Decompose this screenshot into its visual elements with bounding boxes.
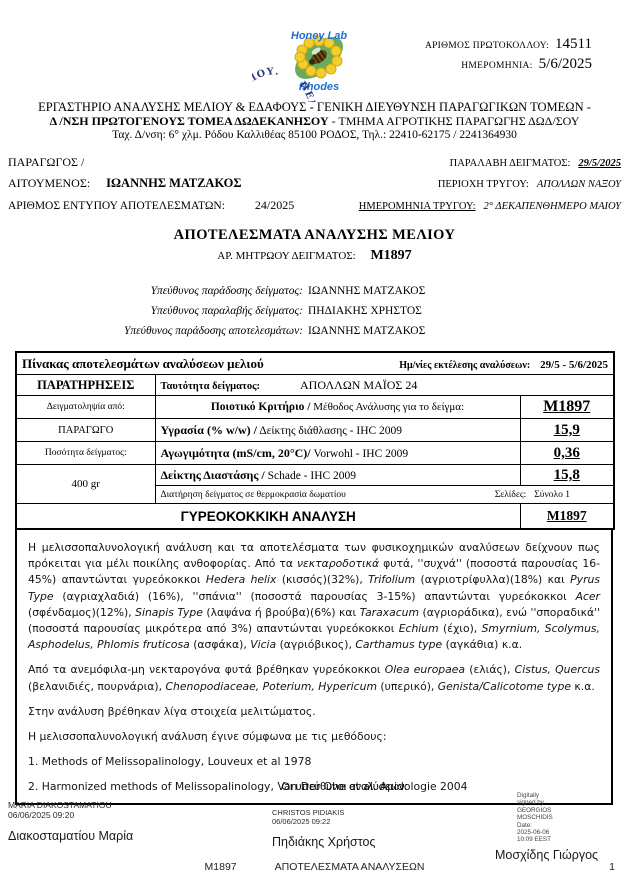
analysis-dates-value: 29/5 - 5/6/2025 (540, 359, 608, 371)
digital-signature-line: 10:09 EEST (517, 836, 598, 843)
method-conductivity: Αγωγιμότητα (mS/cm, 20°C)/ Vorwohl - IHC… (155, 442, 520, 465)
form-label: ΑΡΙΘΜΟΣ ΕΝΤΥΠΟΥ ΑΠΟΤΕΛΕΣΜΑΤΩΝ: (8, 200, 225, 212)
protocol-block: ΑΡΙΘΜΟΣ ΠΡΩΤΟΚΟΛΛΟΥ: 14511 ΗΜΕΡΟΜΗΝΙΑ: 5… (382, 36, 592, 76)
pages-label: Σελίδες: (495, 490, 527, 500)
sample-identity: Ταυτότητα δείγματος: ΑΠΟΛΛΩΝ ΜΑΪΟΣ 24 (161, 378, 609, 393)
table-row: Δειγματοληψία από: Ποιοτικό Κριτήριο / Μ… (16, 396, 614, 419)
protocol-date-value: 5/6/2025 (539, 56, 592, 73)
digital-signature-line: Date: (517, 822, 598, 829)
producer-label-wrap: ΠΑΡΑΓΩΓΟΣ / (8, 155, 84, 170)
responsible-value: ΠΗΔΙΑΚΗΣ ΧΡΗΣΤΟΣ (308, 301, 629, 321)
criterion-bold: Ποιοτικό Κριτήριο / (211, 401, 311, 413)
quantity-label: Ποσότητα δείγματος: (16, 442, 155, 465)
results-section: Πίνακας αποτελεσμάτων αναλύσεων μελιού Η… (15, 351, 613, 805)
pollen-header-row: ΓΥΡΕΟΚΟΚΚΙΚΗ ΑΝΑΛΥΣΗ Μ1897 (16, 504, 614, 530)
storage-note-row: Διατήρηση δείγματος σε θερμοκρασία δωματ… (161, 490, 609, 500)
footer: Μ1897 ΑΠΟΤΕΛΕΣΜΑΤΑ ΑΝΑΛΥΣΕΩΝ (0, 861, 629, 873)
pages-value: Σύνολο 1 (534, 490, 570, 500)
footer-sample-code: Μ1897 (205, 861, 237, 873)
table-title-row: Πίνακας αποτελεσμάτων αναλύσεων μελιού Η… (16, 352, 614, 375)
footer-page-number: 1 (609, 861, 615, 873)
org-line2-bold: Δ /ΝΣΗ ΠΡΩΤΟΓΕΝΟΥΣ ΤΟΜΕΑ ΔΩΔΕΚΑΝΗΣΟΥ (50, 114, 329, 128)
applicant-name: ΙΩΑΝΝΗΣ ΜΑΤΖΑΚΟΣ (106, 176, 241, 191)
receipt-date: 29/5/2025 (578, 158, 621, 169)
diastase-value: 15,8 (520, 465, 614, 486)
page-title: ΑΠΟΤΕΛΕΣΜΑΤΑ ΑΝΑΛΥΣΗΣ ΜΕΛΙΟΥ (0, 227, 629, 244)
signer-block-3: Digitally signed by GEORGIOS MOSCHIDIS D… (517, 792, 598, 862)
protocol-number-value: 14511 (555, 36, 592, 53)
form-number: 24/2025 (255, 198, 294, 213)
footer-title: ΑΠΟΤΕΛΕΣΜΑΤΑ ΑΝΑΛΥΣΕΩΝ (275, 861, 425, 873)
sampling-label: Δειγματοληψία από: (16, 396, 155, 419)
sample-code-cell: Μ1897 (520, 396, 614, 419)
responsible-value: ΙΩΑΝΝΗΣ ΜΑΤΖΑΚΟΣ (308, 321, 629, 341)
harvest-value: 2° ΔΕΚΑΠΕΝΘΗΜΕΡΟ ΜΑΙΟΥ (484, 201, 621, 212)
pollen-analysis-text-box: Η μελισσοπαλυνολογική ανάλυση και τα απο… (15, 530, 613, 805)
analysis-dates: Ημ/νίες εκτέλεσης αναλύσεων: 29/5 - 5/6/… (399, 359, 608, 371)
signer-name: Μοσχίδης Γιώργος (495, 848, 598, 862)
analysis-paragraph: Η μελισσοπαλυνολογική ανάλυση έγινε σύμφ… (28, 729, 600, 745)
sample-registry-value: Μ1897 (370, 248, 411, 263)
observations-header: ΠΑΡΑΤΗΡΗΣΕΙΣ (16, 375, 155, 396)
info-row-1: ΠΑΡΑΓΩΓΟΣ / ΠΑΡΑΛΑΒΗ ΔΕΙΓΜΑΤΟΣ: 29/5/202… (8, 155, 621, 170)
info-row-3: ΑΡΙΘΜΟΣ ΕΝΤΥΠΟΥ ΑΠΟΤΕΛΕΣΜΑΤΩΝ: 24/2025 Η… (8, 198, 621, 213)
responsible-label: Υπεύθυνος παράδοσης δείγματος: (0, 281, 308, 301)
applicant-wrap: ΑΙΤΟΥΜΕΝΟΣ: ΙΩΑΝΝΗΣ ΜΑΤΖΑΚΟΣ (8, 176, 242, 191)
signer-block-1: MARIA DIAKOSTAMATIOU 06/06/2025 09:20 Δι… (8, 800, 133, 843)
analysis-paragraph: Στην ανάλυση βρέθηκαν λίγα στοιχεία μελι… (28, 704, 600, 720)
signature-stamp: MARIA DIAKOSTAMATIOU (8, 800, 133, 810)
lab-logo: Honey Lab Rhodes ΠΕΡΙΦΕΡΕΙΑ ΝΟΤΙΟΥ ΑΙΓΑΙ… (252, 12, 386, 102)
analysis-paragraph: Από τα ανεμόφιλα-μη νεκταρογόνα φυτά βρέ… (28, 662, 600, 694)
logo-honeylab-text: Honey Lab (291, 30, 348, 42)
storage-note: Διατήρηση δείγματος σε θερμοκρασία δωματ… (161, 490, 346, 500)
pollen-analysis-heading: ΓΥΡΕΟΚΟΚΚΙΚΗ ΑΝΑΛΥΣΗ (16, 504, 520, 530)
signature-stamp: CHRISTOS PIDIAKIS (272, 808, 376, 817)
region-value: ΑΠΟΛΛΩΝ ΝΑΞΟΥ (537, 179, 621, 190)
org-line2: Δ /ΝΣΗ ΠΡΩΤΟΓΕΝΟΥΣ ΤΟΜΕΑ ΔΩΔΕΚΑΝΗΣΟΥ - Τ… (0, 114, 629, 129)
analysis-paragraph: Η μελισσοπαλυνολογική ανάλυση και τα απο… (28, 540, 600, 653)
sampling-value: ΠΑΡΑΓΩΓΟ (16, 419, 155, 442)
table-row: 400 gr Δείκτης Διαστάσης / Schade - IHC … (16, 465, 614, 486)
receipt-label: ΠΑΡΑΛΑΒΗ ΔΕΙΓΜΑΤΟΣ: (450, 158, 571, 169)
table-row: Ποσότητα δείγματος: Αγωγιμότητα (mS/cm, … (16, 442, 614, 465)
signer-name: Πηδιάκης Χρήστος (272, 835, 376, 849)
org-line1: ΕΡΓΑΣΤΗΡΙΟ ΑΝΑΛΥΣΗΣ ΜΕΛΙΟΥ & ΕΔΑΦΟΥΣ - Γ… (0, 100, 629, 115)
region-label: ΠΕΡΙΟΧΗ ΤΡΥΓΟΥ: (438, 179, 529, 190)
signer-name: Διακοσταματίου Μαρία (8, 829, 133, 843)
lab-logo-graphic: Honey Lab Rhodes ΠΕΡΙΦΕΡΕΙΑ ΝΟΤΙΟΥ ΑΙΓΑΙ… (252, 12, 386, 102)
table-row: ΠΑΡΑΤΗΡΗΣΕΙΣ Ταυτότητα δείγματος: ΑΠΟΛΛΩ… (16, 375, 614, 396)
protocol-number-row: ΑΡΙΘΜΟΣ ΠΡΩΤΟΚΟΛΛΟΥ: 14511 (382, 36, 592, 53)
sample-registry-label: ΑΡ. ΜΗΤΡΩΟΥ ΔΕΙΓΜΑΤΟΣ: (217, 250, 355, 262)
analysis-method-1: 1. Methods of Melissopalinology, Louveux… (28, 754, 600, 770)
table-row: ΠΑΡΑΓΩΓΟ Υγρασία (% w/w) / Δείκτης διάθλ… (16, 419, 614, 442)
responsible-value: ΙΩΑΝΝΗΣ ΜΑΤΖΑΚΟΣ (308, 281, 629, 301)
org-address: Ταχ. Δ/νση: 6° χλμ. Ρόδου Καλλιθέας 8510… (0, 129, 629, 141)
org-line2-rest: - ΤΜΗΜΑ ΑΓΡΟΤΙΚΗΣ ΠΑΡΑΓΩΓΗΣ ΔΩΔ/ΣΟΥ (329, 114, 580, 128)
quantity-value: 400 gr (16, 465, 155, 504)
protocol-date-label: ΗΜΕΡΟΜΗΝΙΑ: (461, 61, 532, 71)
harvest-wrap: ΗΜΕΡΟΜΗΝΙΑ ΤΡΥΓΟΥ: 2° ΔΕΚΑΠΕΝΘΗΜΕΡΟ ΜΑΙΟ… (359, 201, 621, 212)
pollen-sample-code: Μ1897 (520, 504, 614, 530)
digital-signature-line: MOSCHIDIS (517, 814, 598, 821)
criterion-header: Ποιοτικό Κριτήριο / Μέθοδος Ανάλυσης για… (155, 396, 520, 419)
analysis-dates-label: Ημ/νίες εκτέλεσης αναλύσεων: (399, 360, 530, 371)
applicant-label: ΑΙΤΟΥΜΕΝΟΣ: (8, 176, 90, 191)
conductivity-value: 0,36 (520, 442, 614, 465)
responsible-label: Υπεύθυνος παράδοσης αποτελεσμάτων: (0, 321, 308, 341)
digital-signature-line: 2025-06-06 (517, 829, 598, 836)
pages-info: Σελίδες: Σύνολο 1 (495, 490, 570, 500)
digital-signature-line: Digitally (517, 792, 598, 799)
receipt-wrap: ΠΑΡΑΛΑΒΗ ΔΕΙΓΜΑΤΟΣ: 29/5/2025 (450, 158, 621, 169)
harvest-label: ΗΜΕΡΟΜΗΝΙΑ ΤΡΥΓΟΥ: (359, 201, 476, 212)
sample-registry-line: ΑΡ. ΜΗΤΡΩΟΥ ΔΕΙΓΜΑΤΟΣ: Μ1897 (0, 248, 629, 264)
protocol-date-row: ΗΜΕΡΟΜΗΝΙΑ: 5/6/2025 (382, 56, 592, 73)
table-title: Πίνακας αποτελεσμάτων αναλύσεων μελιού (22, 356, 264, 372)
signature-stamp-date: 06/06/2025 09:20 (8, 810, 133, 820)
results-table: Πίνακας αποτελεσμάτων αναλύσεων μελιού Η… (15, 351, 615, 530)
producer-label: ΠΑΡΑΓΩΓΟΣ / (8, 155, 84, 170)
signer-block-2: CHRISTOS PIDIAKIS 06/06/2025 09:22 Πηδιά… (272, 808, 376, 849)
method-diastase: Δείκτης Διαστάσης / Schade - IHC 2009 (155, 465, 520, 486)
sample-identity-value: ΑΠΟΛΛΩΝ ΜΑΪΟΣ 24 (300, 378, 417, 393)
criterion-rest: Μέθοδος Ανάλυσης για το δείγμα: (310, 401, 464, 413)
digital-signature-line: signed by (517, 799, 598, 806)
sample-identity-label: Ταυτότητα δείγματος: (161, 381, 261, 392)
responsible-label: Υπεύθυνος παραλαβής δείγματος: (0, 301, 308, 321)
signature-stamp-date: 06/06/2025 09:22 (272, 817, 376, 826)
region-wrap: ΠΕΡΙΟΧΗ ΤΡΥΓΟΥ: ΑΠΟΛΛΩΝ ΝΑΞΟΥ (438, 179, 621, 190)
responsibles-list: Υπεύθυνος παράδοσης δείγματος: ΙΩΑΝΝΗΣ Μ… (0, 281, 629, 341)
form-wrap: ΑΡΙΘΜΟΣ ΕΝΤΥΠΟΥ ΑΠΟΤΕΛΕΣΜΑΤΩΝ: 24/2025 (8, 198, 294, 213)
method-moisture: Υγρασία (% w/w) / Δείκτης διάθλασης - IH… (155, 419, 520, 442)
info-row-2: ΑΙΤΟΥΜΕΝΟΣ: ΙΩΑΝΝΗΣ ΜΑΤΖΑΚΟΣ ΠΕΡΙΟΧΗ ΤΡΥ… (8, 176, 621, 191)
protocol-number-label: ΑΡΙΘΜΟΣ ΠΡΩΤΟΚΟΛΛΟΥ: (425, 41, 549, 51)
moisture-value: 15,9 (520, 419, 614, 442)
lab-report-page: Honey Lab Rhodes ΠΕΡΙΦΕΡΕΙΑ ΝΟΤΙΟΥ ΑΙΓΑΙ… (0, 0, 629, 889)
digital-signature-line: GEORGIOS (517, 807, 598, 814)
